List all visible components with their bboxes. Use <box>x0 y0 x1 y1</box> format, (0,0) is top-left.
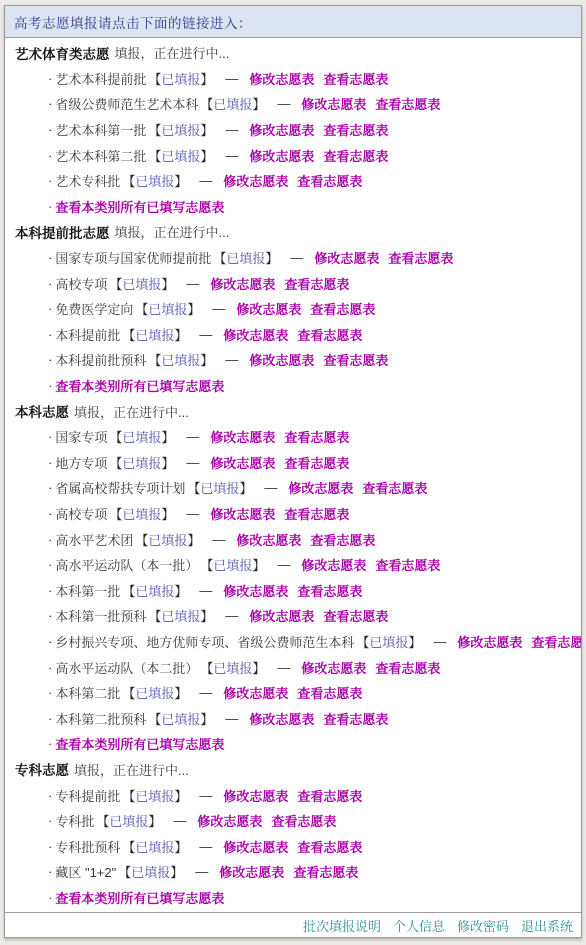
batch-row: · 本科第一批 【 已填报 】 — 修改志愿表 查看志愿表 <box>5 577 581 603</box>
batch-name: 地方专项 <box>55 453 107 472</box>
view-form-link[interactable]: 查看志愿表 <box>323 709 388 728</box>
modify-form-link[interactable]: 修改志愿表 <box>210 427 275 446</box>
bracket-open: 【 <box>135 530 148 549</box>
modify-form-link[interactable]: 修改志愿表 <box>223 171 288 190</box>
bracket-close: 】 <box>252 94 265 113</box>
bullet-icon: · <box>48 813 52 828</box>
bracket-open: 【 <box>148 146 161 165</box>
bracket-open: 【 <box>148 709 161 728</box>
section-status: 填报，正在进行中... <box>74 760 189 779</box>
batch-name: 专科批预科 <box>55 837 120 856</box>
batch-row: · 本科第二批 【 已填报 】 — 修改志愿表 查看志愿表 <box>5 680 581 706</box>
batch-name: 高校专项 <box>55 274 107 293</box>
filled-status-link[interactable]: 已填报 <box>200 478 239 497</box>
batch-row: · 乡村振兴专项、地方优师专项、省级公费师范生本科 【 已填报 】 — 修改志愿… <box>5 629 581 655</box>
bracket-close: 】 <box>187 530 200 549</box>
view-form-link[interactable]: 查看志愿表 <box>323 120 388 139</box>
view-all-row: · 查看本类别所有已填写志愿表 <box>5 194 581 220</box>
dash-separator: — <box>199 839 212 854</box>
bracket-open: 【 <box>118 862 131 881</box>
section-status: 填报，正在进行中... <box>115 222 230 241</box>
bracket-close: 】 <box>170 862 183 881</box>
dash-separator: — <box>277 660 290 675</box>
batch-row: · 艺术本科提前批 【 已填报 】 — 修改志愿表 查看志愿表 <box>5 66 581 92</box>
dash-separator: — <box>277 557 290 572</box>
view-form-link[interactable]: 查看志愿表 <box>323 350 388 369</box>
batch-row: · 本科第一批预科 【 已填报 】 — 修改志愿表 查看志愿表 <box>5 603 581 629</box>
filled-status-link[interactable]: 已填报 <box>122 453 161 472</box>
modify-form-link[interactable]: 修改志愿表 <box>249 606 314 625</box>
batch-row: · 省属高校帮扶专项计划 【 已填报 】 — 修改志愿表 查看志愿表 <box>5 475 581 501</box>
bracket-close: 】 <box>174 683 187 702</box>
dash-separator: — <box>225 352 238 367</box>
bracket-close: 】 <box>200 709 213 728</box>
modify-form-link[interactable]: 修改志愿表 <box>219 862 284 881</box>
bracket-open: 【 <box>148 606 161 625</box>
batch-row: · 艺术本科第一批 【 已填报 】 — 修改志愿表 查看志愿表 <box>5 117 581 143</box>
batch-row: · 艺术专科批 【 已填报 】 — 修改志愿表 查看志愿表 <box>5 168 581 194</box>
batch-row: · 艺术本科第二批 【 已填报 】 — 修改志愿表 查看志愿表 <box>5 142 581 168</box>
bracket-open: 【 <box>122 581 135 600</box>
dash-separator: — <box>199 583 212 598</box>
filled-status-link[interactable]: 已填报 <box>226 248 265 267</box>
bracket-open: 【 <box>187 478 200 497</box>
view-form-link[interactable]: 查看志愿表 <box>323 69 388 88</box>
batch-name: 本科第二批预科 <box>55 709 146 728</box>
batch-row: · 本科提前批 【 已填报 】 — 修改志愿表 查看志愿表 <box>5 322 581 348</box>
modify-form-link[interactable]: 修改志愿表 <box>457 632 522 651</box>
dash-separator: — <box>264 480 277 495</box>
batch-name: 免费医学定向 <box>55 299 133 318</box>
filled-status-link[interactable]: 已填报 <box>122 274 161 293</box>
bullet-icon: · <box>48 71 52 86</box>
dash-separator: — <box>199 788 212 803</box>
view-form-link[interactable]: 查看志愿表 <box>271 811 336 830</box>
filled-status-link[interactable]: 已填报 <box>161 69 200 88</box>
section-header: 艺术体育类志愿 填报，正在进行中... <box>5 40 581 66</box>
batch-row: · 高水平运动队（本一批） 【 已填报 】 — 修改志愿表 查看志愿表 <box>5 552 581 578</box>
view-form-link[interactable]: 查看志愿表 <box>293 862 358 881</box>
batch-name: 本科提前批预科 <box>55 350 146 369</box>
bracket-close: 】 <box>408 632 421 651</box>
volunteer-portal-window: 高考志愿填报请点击下面的链接进入： 艺术体育类志愿 填报，正在进行中... · … <box>4 5 582 938</box>
modify-form-link[interactable]: 修改志愿表 <box>249 709 314 728</box>
bracket-close: 】 <box>161 274 174 293</box>
bracket-close: 】 <box>200 350 213 369</box>
batch-row: · 专科提前批 【 已填报 】 — 修改志愿表 查看志愿表 <box>5 782 581 808</box>
view-all-row: · 查看本类别所有已填写志愿表 <box>5 373 581 399</box>
bracket-close: 】 <box>252 555 265 574</box>
view-form-link[interactable]: 查看志愿表 <box>310 530 375 549</box>
dash-separator: — <box>186 276 199 291</box>
bracket-close: 】 <box>200 120 213 139</box>
view-form-link[interactable]: 查看志愿表 <box>375 658 440 677</box>
batch-row: · 国家专项 【 已填报 】 — 修改志愿表 查看志愿表 <box>5 424 581 450</box>
batch-name: 专科提前批 <box>55 786 120 805</box>
modify-form-link[interactable]: 修改志愿表 <box>288 478 353 497</box>
filled-status-link[interactable]: 已填报 <box>135 683 174 702</box>
modify-form-link[interactable]: 修改志愿表 <box>301 658 366 677</box>
bullet-icon: · <box>48 583 52 598</box>
dash-separator: — <box>186 429 199 444</box>
bracket-close: 】 <box>252 658 265 677</box>
view-form-link[interactable]: 查看志愿表 <box>310 299 375 318</box>
bullet-icon: · <box>48 276 52 291</box>
modify-form-link[interactable]: 修改志愿表 <box>314 248 379 267</box>
footer-link-4[interactable]: 退出系统 <box>521 916 573 935</box>
bracket-close: 】 <box>174 786 187 805</box>
view-all-link[interactable]: 查看本类别所有已填写志愿表 <box>55 376 224 395</box>
filled-status-link[interactable]: 已填报 <box>122 427 161 446</box>
filled-status-link[interactable]: 已填报 <box>161 146 200 165</box>
bracket-open: 【 <box>148 69 161 88</box>
bullet-icon: · <box>48 685 52 700</box>
modify-form-link[interactable]: 修改志愿表 <box>236 530 301 549</box>
bracket-open: 【 <box>109 453 122 472</box>
view-form-link[interactable]: 查看志愿表 <box>297 786 362 805</box>
sections-container: 艺术体育类志愿 填报，正在进行中... · 艺术本科提前批 【 已填报 】 — … <box>5 38 581 912</box>
view-form-link[interactable]: 查看志愿表 <box>297 325 362 344</box>
section-header: 专科志愿 填报，正在进行中... <box>5 757 581 783</box>
filled-status-link[interactable]: 已填报 <box>161 350 200 369</box>
bullet-icon: · <box>48 122 52 137</box>
batch-name: 本科第一批 <box>55 581 120 600</box>
dash-separator: — <box>212 532 225 547</box>
bracket-open: 【 <box>148 350 161 369</box>
dash-separator: — <box>225 608 238 623</box>
batch-row: · 本科第二批预科 【 已填报 】 — 修改志愿表 查看志愿表 <box>5 705 581 731</box>
batch-row: · 专科批预科 【 已填报 】 — 修改志愿表 查看志愿表 <box>5 833 581 859</box>
modify-form-link[interactable]: 修改志愿表 <box>197 811 262 830</box>
bullet-icon: · <box>48 532 52 547</box>
modify-form-link[interactable]: 修改志愿表 <box>249 69 314 88</box>
filled-status-link[interactable]: 已填报 <box>135 837 174 856</box>
dash-separator: — <box>195 864 208 879</box>
batch-row: · 省级公费师范生艺术本科 【 已填报 】 — 修改志愿表 查看志愿表 <box>5 91 581 117</box>
filled-status-link[interactable]: 已填报 <box>131 862 170 881</box>
filled-status-link[interactable]: 已填报 <box>161 709 200 728</box>
batch-name: 艺术专科批 <box>55 171 120 190</box>
batch-name: 本科第二批 <box>55 683 120 702</box>
footer-link-2[interactable]: 个人信息 <box>393 916 445 935</box>
batch-name: 高校专项 <box>55 504 107 523</box>
dash-separator: — <box>225 711 238 726</box>
bracket-close: 】 <box>161 427 174 446</box>
bracket-open: 【 <box>200 658 213 677</box>
bullet-icon: · <box>48 890 52 905</box>
modify-form-link[interactable]: 修改志愿表 <box>249 120 314 139</box>
view-form-link[interactable]: 查看志愿表 <box>297 581 362 600</box>
bracket-open: 【 <box>109 274 122 293</box>
batch-section: 专科志愿 填报，正在进行中... · 专科提前批 【 已填报 】 — 修改志愿表… <box>5 757 581 911</box>
modify-form-link[interactable]: 修改志愿表 <box>210 453 275 472</box>
bullet-icon: · <box>48 429 52 444</box>
modify-form-link[interactable]: 修改志愿表 <box>301 94 366 113</box>
filled-status-link[interactable]: 已填报 <box>213 555 252 574</box>
bullet-icon: · <box>48 480 52 495</box>
dash-separator: — <box>199 685 212 700</box>
bracket-open: 【 <box>109 427 122 446</box>
bracket-open: 【 <box>135 299 148 318</box>
view-form-link[interactable]: 查看志愿表 <box>297 837 362 856</box>
filled-status-link[interactable]: 已填报 <box>135 171 174 190</box>
bullet-icon: · <box>48 660 52 675</box>
view-form-link[interactable]: 查看志愿表 <box>284 427 349 446</box>
bracket-close: 】 <box>200 146 213 165</box>
modify-form-link[interactable]: 修改志愿表 <box>236 299 301 318</box>
view-form-link[interactable]: 查看志愿表 <box>284 274 349 293</box>
batch-name: 省级公费师范生艺术本科 <box>55 94 198 113</box>
modify-form-link[interactable]: 修改志愿表 <box>249 350 314 369</box>
section-header: 本科提前批志愿 填报，正在进行中... <box>5 219 581 245</box>
batch-name: 国家专项与国家优师提前批 <box>55 248 211 267</box>
dash-separator: — <box>186 506 199 521</box>
view-form-link[interactable]: 查看志愿表 <box>362 478 427 497</box>
filled-status-link[interactable]: 已填报 <box>135 786 174 805</box>
modify-form-link[interactable]: 修改志愿表 <box>210 504 275 523</box>
section-title: 专科志愿 <box>15 759 69 779</box>
bullet-icon: · <box>48 864 52 879</box>
dash-separator: — <box>186 455 199 470</box>
bracket-close: 】 <box>187 299 200 318</box>
batch-name: 乡村振兴专项、地方优师专项、省级公费师范生本科 <box>55 632 354 651</box>
batch-name: 藏区 "1+2" <box>55 862 116 881</box>
filled-status-link[interactable]: 已填报 <box>369 632 408 651</box>
bullet-icon: · <box>48 352 52 367</box>
view-all-link[interactable]: 查看本类别所有已填写志愿表 <box>55 888 224 907</box>
page-header: 高考志愿填报请点击下面的链接进入： <box>5 6 581 38</box>
batch-name: 省属高校帮扶专项计划 <box>55 478 185 497</box>
section-title: 艺术体育类志愿 <box>15 43 110 63</box>
batch-row: · 专科批 【 已填报 】 — 修改志愿表 查看志愿表 <box>5 808 581 834</box>
batch-row: · 免费医学定向 【 已填报 】 — 修改志愿表 查看志愿表 <box>5 296 581 322</box>
batch-name: 高水平运动队（本二批） <box>55 658 198 677</box>
batch-section: 本科志愿 填报，正在进行中... · 国家专项 【 已填报 】 — 修改志愿表 … <box>5 398 581 756</box>
batch-section: 本科提前批志愿 填报，正在进行中... · 国家专项与国家优师提前批 【 已填报… <box>5 219 581 398</box>
bracket-close: 】 <box>161 504 174 523</box>
batch-row: · 高水平运动队（本二批） 【 已填报 】 — 修改志愿表 查看志愿表 <box>5 654 581 680</box>
footer-link-3[interactable]: 修改密码 <box>457 916 509 935</box>
dash-separator: — <box>277 96 290 111</box>
bullet-icon: · <box>48 327 52 342</box>
modify-form-link[interactable]: 修改志愿表 <box>223 325 288 344</box>
filled-status-link[interactable]: 已填报 <box>135 325 174 344</box>
dash-separator: — <box>225 148 238 163</box>
dash-separator: — <box>212 301 225 316</box>
dash-separator: — <box>199 173 212 188</box>
filled-status-link[interactable]: 已填报 <box>109 811 148 830</box>
dash-separator: — <box>173 813 186 828</box>
batch-name: 专科批 <box>55 811 94 830</box>
batch-row: · 本科提前批预科 【 已填报 】 — 修改志愿表 查看志愿表 <box>5 347 581 373</box>
bracket-close: 】 <box>148 811 161 830</box>
modify-form-link[interactable]: 修改志愿表 <box>223 786 288 805</box>
bullet-icon: · <box>48 455 52 470</box>
view-form-link[interactable]: 查看志愿表 <box>284 453 349 472</box>
bullet-icon: · <box>48 736 52 751</box>
dash-separator: — <box>199 327 212 342</box>
filled-status-link[interactable]: 已填报 <box>161 120 200 139</box>
batch-row: · 国家专项与国家优师提前批 【 已填报 】 — 修改志愿表 查看志愿表 <box>5 245 581 271</box>
bracket-close: 】 <box>265 248 278 267</box>
bracket-open: 【 <box>122 171 135 190</box>
section-status: 填报，正在进行中... <box>74 402 189 421</box>
bullet-icon: · <box>48 378 52 393</box>
batch-name: 本科第一批预科 <box>55 606 146 625</box>
bracket-open: 【 <box>122 683 135 702</box>
bracket-open: 【 <box>109 504 122 523</box>
filled-status-link[interactable]: 已填报 <box>135 581 174 600</box>
modify-form-link[interactable]: 修改志愿表 <box>249 146 314 165</box>
view-form-link[interactable]: 查看志愿表 <box>323 146 388 165</box>
bracket-close: 】 <box>200 69 213 88</box>
batch-name: 高水平艺术团 <box>55 530 133 549</box>
dash-separator: — <box>290 250 303 265</box>
view-all-row: · 查看本类别所有已填写志愿表 <box>5 731 581 757</box>
bracket-close: 】 <box>174 837 187 856</box>
bullet-icon: · <box>48 173 52 188</box>
view-all-link[interactable]: 查看本类别所有已填写志愿表 <box>55 734 224 753</box>
batch-name: 艺术本科第一批 <box>55 120 146 139</box>
bracket-close: 】 <box>174 581 187 600</box>
dash-separator: — <box>433 634 446 649</box>
batch-name: 高水平运动队（本一批） <box>55 555 198 574</box>
bracket-open: 【 <box>213 248 226 267</box>
page-title: 高考志愿填报请点击下面的链接进入： <box>14 12 252 32</box>
modify-form-link[interactable]: 修改志愿表 <box>223 683 288 702</box>
filled-status-link[interactable]: 已填报 <box>148 299 187 318</box>
filled-status-link[interactable]: 已填报 <box>122 504 161 523</box>
view-all-link[interactable]: 查看本类别所有已填写志愿表 <box>55 197 224 216</box>
filled-status-link[interactable]: 已填报 <box>213 658 252 677</box>
bracket-open: 【 <box>148 120 161 139</box>
batch-name: 艺术本科第二批 <box>55 146 146 165</box>
modify-form-link[interactable]: 修改志愿表 <box>210 274 275 293</box>
footer-link-1[interactable]: 批次填报说明 <box>303 916 381 935</box>
bracket-open: 【 <box>122 325 135 344</box>
bullet-icon: · <box>48 148 52 163</box>
bullet-icon: · <box>48 557 52 572</box>
bullet-icon: · <box>48 788 52 803</box>
batch-row: · 地方专项 【 已填报 】 — 修改志愿表 查看志愿表 <box>5 450 581 476</box>
batch-section: 艺术体育类志愿 填报，正在进行中... · 艺术本科提前批 【 已填报 】 — … <box>5 40 581 219</box>
view-form-link[interactable]: 查看志愿表 <box>297 171 362 190</box>
batch-name: 国家专项 <box>55 427 107 446</box>
view-form-link[interactable]: 查看志愿表 <box>388 248 453 267</box>
bracket-open: 【 <box>122 837 135 856</box>
bracket-open: 【 <box>200 94 213 113</box>
bracket-close: 】 <box>200 606 213 625</box>
bracket-close: 】 <box>161 453 174 472</box>
modify-form-link[interactable]: 修改志愿表 <box>301 555 366 574</box>
dash-separator: — <box>225 71 238 86</box>
view-all-row: · 查看本类别所有已填写志愿表 <box>5 885 581 911</box>
section-title: 本科志愿 <box>15 401 69 421</box>
section-status: 填报，正在进行中... <box>115 43 230 62</box>
batch-name: 艺术本科提前批 <box>55 69 146 88</box>
bracket-close: 】 <box>239 478 252 497</box>
batch-row: · 高水平艺术团 【 已填报 】 — 修改志愿表 查看志愿表 <box>5 526 581 552</box>
dash-separator: — <box>225 122 238 137</box>
bullet-icon: · <box>48 608 52 623</box>
section-title: 本科提前批志愿 <box>15 222 110 242</box>
batch-row: · 高校专项 【 已填报 】 — 修改志愿表 查看志愿表 <box>5 501 581 527</box>
batch-row: · 高校专项 【 已填报 】 — 修改志愿表 查看志愿表 <box>5 270 581 296</box>
bullet-icon: · <box>48 634 52 649</box>
filled-status-link[interactable]: 已填报 <box>161 606 200 625</box>
bullet-icon: · <box>48 250 52 265</box>
bullet-icon: · <box>48 301 52 316</box>
view-form-link[interactable]: 查看志愿表 <box>284 504 349 523</box>
view-form-link[interactable]: 查看志愿表 <box>531 632 581 651</box>
section-header: 本科志愿 填报，正在进行中... <box>5 398 581 424</box>
bracket-open: 【 <box>96 811 109 830</box>
view-form-link[interactable]: 查看志愿表 <box>297 683 362 702</box>
modify-form-link[interactable]: 修改志愿表 <box>223 837 288 856</box>
filled-status-link[interactable]: 已填报 <box>148 530 187 549</box>
bracket-close: 】 <box>174 171 187 190</box>
view-form-link[interactable]: 查看志愿表 <box>375 555 440 574</box>
batch-name: 本科提前批 <box>55 325 120 344</box>
bracket-open: 【 <box>122 786 135 805</box>
bullet-icon: · <box>48 711 52 726</box>
bullet-icon: · <box>48 199 52 214</box>
bracket-close: 】 <box>174 325 187 344</box>
bullet-icon: · <box>48 839 52 854</box>
bracket-open: 【 <box>200 555 213 574</box>
footer-links: 批次填报说明个人信息修改密码退出系统 <box>303 916 573 935</box>
batch-row: · 藏区 "1+2" 【 已填报 】 — 修改志愿表 查看志愿表 <box>5 859 581 885</box>
bullet-icon: · <box>48 96 52 111</box>
view-form-link[interactable]: 查看志愿表 <box>375 94 440 113</box>
modify-form-link[interactable]: 修改志愿表 <box>223 581 288 600</box>
bracket-open: 【 <box>356 632 369 651</box>
bullet-icon: · <box>48 506 52 521</box>
footer-bar: 批次填报说明个人信息修改密码退出系统 <box>5 912 581 937</box>
view-form-link[interactable]: 查看志愿表 <box>323 606 388 625</box>
filled-status-link[interactable]: 已填报 <box>213 94 252 113</box>
